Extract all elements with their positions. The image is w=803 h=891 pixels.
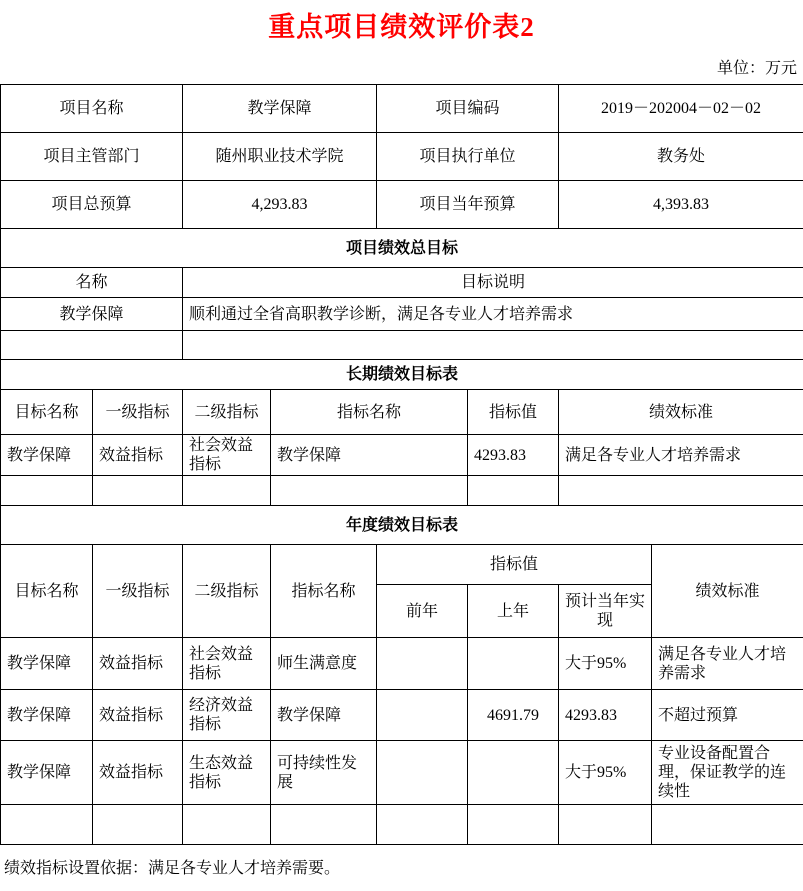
longterm-header-row: 目标名称 一级指标 二级指标 指标名称 指标值 绩效标准 — [1, 390, 803, 435]
annual-level1-cell: 效益指标 — [93, 638, 183, 690]
longterm-header-value: 指标值 — [468, 390, 559, 435]
info-value-supervisor-dept: 随州职业技术学院 — [183, 133, 377, 181]
annual-current-year-cell: 大于95% — [559, 638, 652, 690]
annual-header-current-year: 预计当年实现 — [559, 585, 652, 638]
longterm-level2-cell: 社会效益指标 — [183, 435, 271, 476]
info-row: 项目总预算 4,293.83 项目当年预算 4,393.83 — [1, 181, 803, 229]
longterm-header-indicator: 指标名称 — [271, 390, 468, 435]
annual-current-year-cell: 大于95% — [559, 741, 652, 805]
longterm-empty-row — [1, 476, 803, 506]
longterm-goal-cell: 教学保障 — [1, 435, 93, 476]
empty-cell — [271, 805, 377, 845]
annual-header-goal: 目标名称 — [1, 545, 93, 638]
overall-desc-header: 目标说明 — [183, 268, 803, 298]
annual-header-value-group: 指标值 — [377, 545, 652, 585]
empty-cell — [183, 331, 803, 360]
info-value-project-name: 教学保障 — [183, 85, 377, 133]
annual-header-indicator: 指标名称 — [271, 545, 377, 638]
empty-cell — [1, 476, 93, 506]
annual-header-level1: 一级指标 — [93, 545, 183, 638]
section-row: 年度绩效目标表 — [1, 506, 803, 545]
empty-cell — [652, 805, 803, 845]
annual-goal-cell: 教学保障 — [1, 690, 93, 741]
info-label-executing-unit: 项目执行单位 — [377, 133, 559, 181]
info-row: 项目名称 教学保障 项目编码 2019－202004－02－02 — [1, 85, 803, 133]
annual-prev-year1-cell — [468, 741, 559, 805]
footer-note: 绩效指标设置依据：满足各专业人才培养需要。 — [0, 859, 803, 879]
section-row: 长期绩效目标表 — [1, 360, 803, 390]
section-row: 项目绩效总目标 — [1, 229, 803, 268]
annual-goal-cell: 教学保障 — [1, 638, 93, 690]
longterm-header-level1: 一级指标 — [93, 390, 183, 435]
info-value-project-code: 2019－202004－02－02 — [559, 85, 803, 133]
annual-goal-cell: 教学保障 — [1, 741, 93, 805]
empty-cell — [183, 476, 271, 506]
annual-data-row: 教学保障 效益指标 生态效益指标 可持续性发展 大于95% 专业设备配置合理，保… — [1, 741, 803, 805]
longterm-header-standard: 绩效标准 — [559, 390, 803, 435]
overall-name-header: 名称 — [1, 268, 183, 298]
empty-cell — [183, 805, 271, 845]
annual-data-row: 教学保障 效益指标 社会效益指标 师生满意度 大于95% 满足各专业人才培养需求 — [1, 638, 803, 690]
overall-data-row: 教学保障 顺利通过全省高职教学诊断，满足各专业人才培养需求 — [1, 298, 803, 331]
annual-header-prev-year2: 前年 — [377, 585, 468, 638]
annual-level1-cell: 效益指标 — [93, 741, 183, 805]
annual-data-row: 教学保障 效益指标 经济效益指标 教学保障 4691.79 4293.83 不超… — [1, 690, 803, 741]
unit-label: 单位：万元 — [0, 59, 803, 79]
info-label-total-budget: 项目总预算 — [1, 181, 183, 229]
annual-prev-year2-cell — [377, 690, 468, 741]
empty-cell — [1, 331, 183, 360]
annual-prev-year2-cell — [377, 741, 468, 805]
longterm-header-level2: 二级指标 — [183, 390, 271, 435]
annual-header-prev-year1: 上年 — [468, 585, 559, 638]
overall-name-cell: 教学保障 — [1, 298, 183, 331]
annual-level2-cell: 经济效益指标 — [183, 690, 271, 741]
document-page: 重点项目绩效评价表2 单位：万元 项目名称 教学保障 项目编码 2019－202… — [0, 0, 803, 891]
longterm-indicator-cell: 教学保障 — [271, 435, 468, 476]
annual-prev-year1-cell — [468, 638, 559, 690]
annual-level2-cell: 生态效益指标 — [183, 741, 271, 805]
page-title: 重点项目绩效评价表2 — [0, 0, 803, 42]
info-value-executing-unit: 教务处 — [559, 133, 803, 181]
annual-prev-year2-cell — [377, 638, 468, 690]
annual-indicator-cell: 教学保障 — [271, 690, 377, 741]
empty-cell — [468, 805, 559, 845]
annual-level1-cell: 效益指标 — [93, 690, 183, 741]
annual-standard-cell: 专业设备配置合理，保证教学的连续性 — [652, 741, 803, 805]
annual-standard-cell: 不超过预算 — [652, 690, 803, 741]
annual-empty-row — [1, 805, 803, 845]
info-label-project-name: 项目名称 — [1, 85, 183, 133]
evaluation-table: 项目名称 教学保障 项目编码 2019－202004－02－02 项目主管部门 … — [0, 84, 803, 845]
section-title-annual: 年度绩效目标表 — [1, 506, 803, 545]
longterm-header-goal: 目标名称 — [1, 390, 93, 435]
empty-cell — [93, 805, 183, 845]
info-label-project-code: 项目编码 — [377, 85, 559, 133]
empty-cell — [559, 805, 652, 845]
info-label-supervisor-dept: 项目主管部门 — [1, 133, 183, 181]
empty-cell — [93, 476, 183, 506]
info-row: 项目主管部门 随州职业技术学院 项目执行单位 教务处 — [1, 133, 803, 181]
empty-cell — [468, 476, 559, 506]
annual-header-standard: 绩效标准 — [652, 545, 803, 638]
info-value-total-budget: 4,293.83 — [183, 181, 377, 229]
annual-level2-cell: 社会效益指标 — [183, 638, 271, 690]
annual-header-level2: 二级指标 — [183, 545, 271, 638]
info-value-annual-budget: 4,393.83 — [559, 181, 803, 229]
annual-standard-cell: 满足各专业人才培养需求 — [652, 638, 803, 690]
empty-cell — [271, 476, 468, 506]
overall-empty-row — [1, 331, 803, 360]
annual-indicator-cell: 师生满意度 — [271, 638, 377, 690]
overall-desc-cell: 顺利通过全省高职教学诊断，满足各专业人才培养需求 — [183, 298, 803, 331]
empty-cell — [377, 805, 468, 845]
longterm-level1-cell: 效益指标 — [93, 435, 183, 476]
section-title-overall-goal: 项目绩效总目标 — [1, 229, 803, 268]
empty-cell — [1, 805, 93, 845]
longterm-data-row: 教学保障 效益指标 社会效益指标 教学保障 4293.83 满足各专业人才培养需… — [1, 435, 803, 476]
section-title-longterm: 长期绩效目标表 — [1, 360, 803, 390]
longterm-value-cell: 4293.83 — [468, 435, 559, 476]
empty-cell — [559, 476, 803, 506]
annual-current-year-cell: 4293.83 — [559, 690, 652, 741]
annual-indicator-cell: 可持续性发展 — [271, 741, 377, 805]
info-label-annual-budget: 项目当年预算 — [377, 181, 559, 229]
longterm-standard-cell: 满足各专业人才培养需求 — [559, 435, 803, 476]
annual-header-row-top: 目标名称 一级指标 二级指标 指标名称 指标值 绩效标准 — [1, 545, 803, 585]
annual-prev-year1-cell: 4691.79 — [468, 690, 559, 741]
overall-header-row: 名称 目标说明 — [1, 268, 803, 298]
